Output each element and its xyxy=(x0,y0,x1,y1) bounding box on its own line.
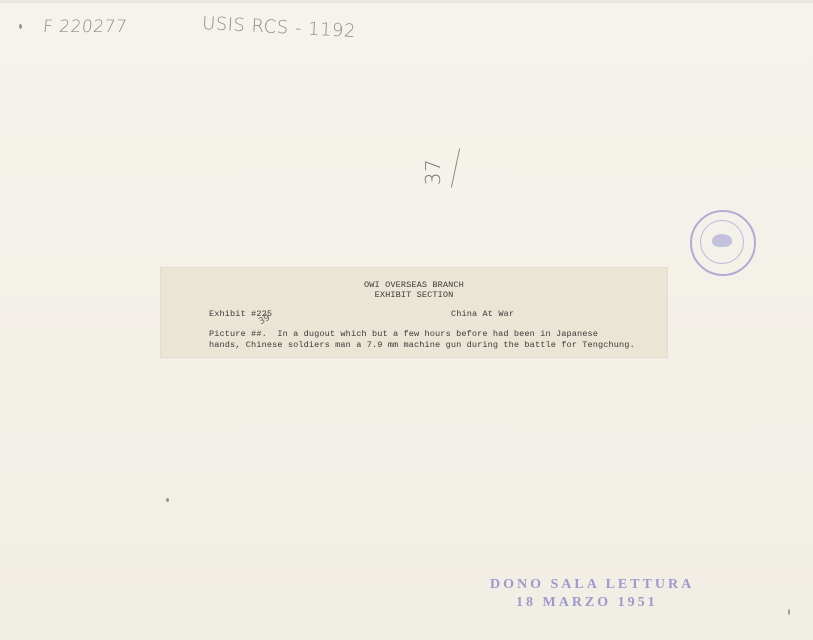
caption-line-1: Picture ##. In a dugout which but a few … xyxy=(209,329,598,339)
round-seal-stamp xyxy=(690,210,756,276)
pencil-slash xyxy=(451,148,460,187)
label-header-branch: OWI OVERSEAS BRANCH xyxy=(161,280,667,290)
pencil-mark xyxy=(19,24,22,29)
caption-label: OWI OVERSEAS BRANCH EXHIBIT SECTION Exhi… xyxy=(161,268,667,357)
photo-verso-page: F 220277 USIS RCS - 1192 37 OWI OVERSEAS… xyxy=(0,0,813,640)
paper-edge xyxy=(0,0,813,3)
pencil-mark xyxy=(166,498,169,502)
donation-stamp-line-2: 18 MARZO 1951 xyxy=(516,595,658,611)
seal-emblem-icon xyxy=(712,234,732,247)
pencil-mark xyxy=(788,609,790,615)
caption-line-2: hands, Chinese soldiers man a 7.9 mm mac… xyxy=(209,340,635,350)
inventory-number-right: USIS RCS - 1192 xyxy=(202,13,357,42)
inventory-number-left: F 220277 xyxy=(42,17,128,37)
donation-stamp-line-1: DONO SALA LETTURA xyxy=(490,577,694,593)
label-header-section: EXHIBIT SECTION xyxy=(161,290,667,300)
handwritten-rotated-number: 37 xyxy=(421,159,445,185)
series-title: China At War xyxy=(451,309,514,319)
